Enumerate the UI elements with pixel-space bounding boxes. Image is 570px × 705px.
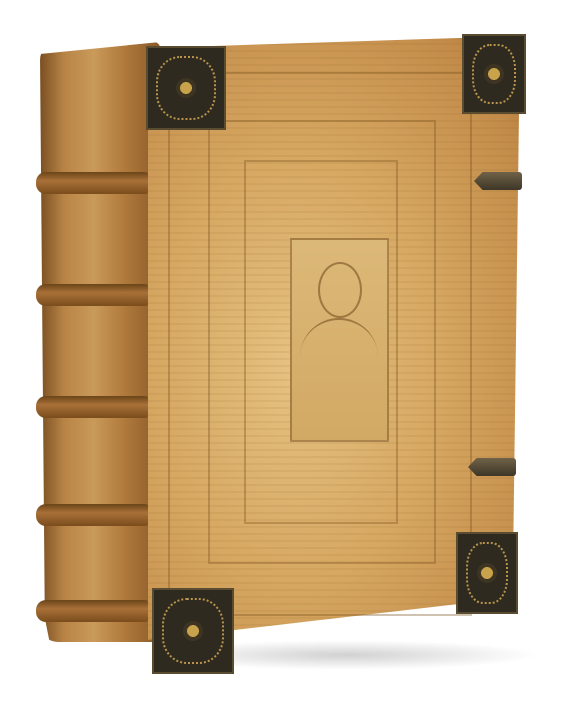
portrait-figure: [300, 318, 378, 430]
corner-piece-top-left: [146, 46, 226, 130]
spine-band: [36, 172, 154, 194]
corner-piece-bottom-left: [152, 588, 234, 674]
clasp-top: [474, 172, 522, 190]
spine-band: [36, 600, 154, 622]
portrait-head: [318, 262, 362, 318]
spine-band: [36, 504, 154, 526]
clasp-bottom: [468, 458, 516, 476]
book-photo: [0, 0, 570, 705]
corner-piece-bottom-right: [456, 532, 518, 614]
spine-band: [36, 284, 154, 306]
spine-band: [36, 396, 154, 418]
book-spine: [40, 42, 160, 642]
corner-piece-top-right: [462, 34, 526, 114]
